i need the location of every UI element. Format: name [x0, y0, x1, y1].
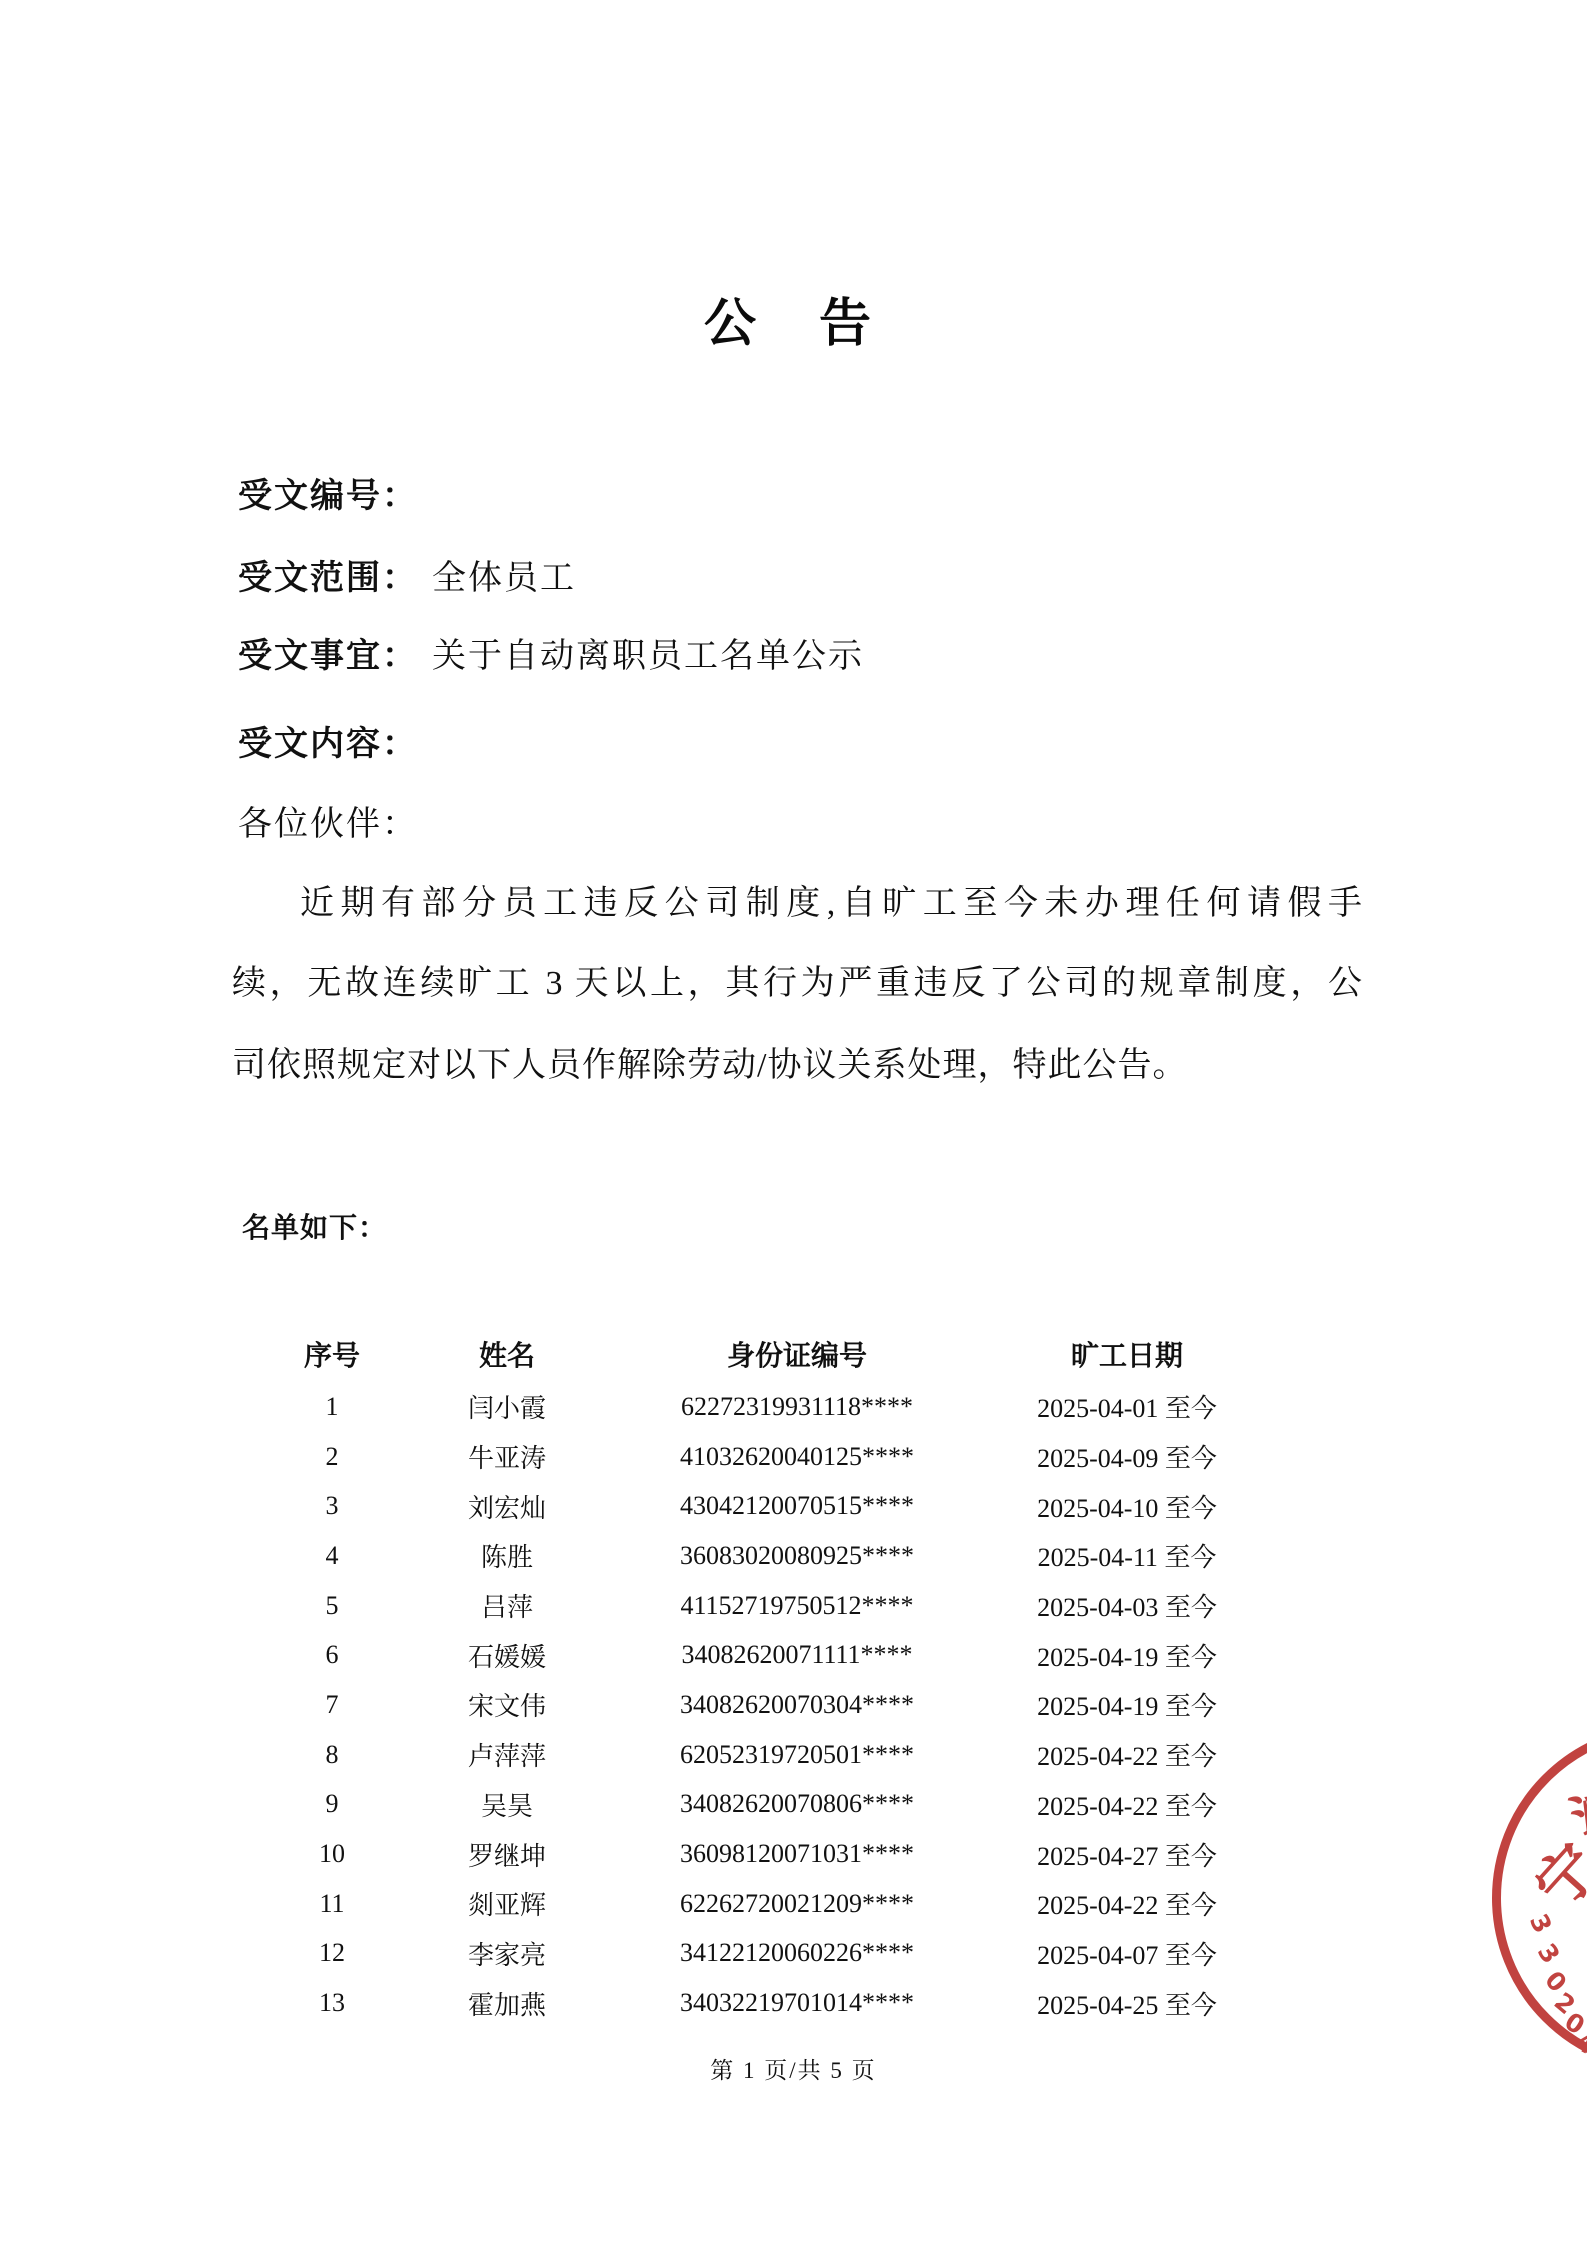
cell-id-number: 34082620070806**** — [632, 1789, 962, 1819]
cell-id-number: 34082620070304**** — [632, 1690, 962, 1720]
cell-absence-date: 2025-04-07 至今 — [962, 1935, 1292, 1972]
field-doc-scope: 受文范围：全体员工 — [238, 550, 576, 599]
cell-id-number: 36098120071031**** — [632, 1839, 962, 1869]
cell-absence-date: 2025-04-03 至今 — [962, 1587, 1292, 1624]
table-row: 13 霍加燕 34032219701014**** 2025-04-25 至今 — [282, 1978, 1292, 2028]
cell-id-number: 62262720021209**** — [632, 1889, 962, 1919]
field-doc-scope-value: 全体员工 — [432, 560, 576, 597]
cell-absence-date: 2025-04-25 至今 — [962, 1985, 1292, 2022]
cell-name: 刘宏灿 — [382, 1488, 632, 1525]
cell-id-number: 41032620040125**** — [632, 1442, 962, 1472]
cell-name: 吕萍 — [382, 1587, 632, 1624]
cell-id-number: 34082620071111**** — [632, 1640, 962, 1670]
cell-name: 李家亮 — [382, 1935, 632, 1972]
cell-name: 闫小霞 — [382, 1388, 632, 1425]
cell-id-number: 34122120060226**** — [632, 1938, 962, 1968]
cell-absence-date: 2025-04-22 至今 — [962, 1736, 1292, 1773]
field-doc-number-label: 受文编号： — [238, 478, 418, 515]
page-title: 公 告 — [0, 281, 1587, 356]
field-doc-subject: 受文事宜：关于自动离职员工名单公示 — [238, 628, 864, 677]
cell-absence-date: 2025-04-09 至今 — [962, 1438, 1292, 1475]
cell-index: 9 — [282, 1789, 382, 1819]
table-header-row: 序号 姓名 身份证编号 旷工日期 — [282, 1326, 1292, 1382]
table-row: 7 宋文伟 34082620070304**** 2025-04-19 至今 — [282, 1680, 1292, 1730]
cell-name: 剡亚辉 — [382, 1885, 632, 1922]
table-row: 8 卢萍萍 62052319720501**** 2025-04-22 至今 — [282, 1730, 1292, 1780]
cell-absence-date: 2025-04-27 至今 — [962, 1836, 1292, 1873]
field-doc-number: 受文编号： — [238, 468, 432, 517]
announcement-page: { "document": { "title": "公 告", "fields"… — [0, 0, 1587, 2245]
cell-absence-date: 2025-04-01 至今 — [962, 1388, 1292, 1425]
table-row: 12 李家亮 34122120060226**** 2025-04-07 至今 — [282, 1929, 1292, 1979]
body-paragraph-line-2: 续，无故连续旷工 3 天以上，其行为严重违反了公司的规章制度，公 — [232, 964, 1362, 1004]
employee-roster-table: 序号 姓名 身份证编号 旷工日期 1 闫小霞 62272319931118***… — [282, 1326, 1292, 2028]
cell-absence-date: 2025-04-11 至今 — [962, 1537, 1292, 1574]
field-doc-content: 受文内容： — [238, 716, 432, 765]
cell-index: 3 — [282, 1491, 382, 1521]
header-id-number: 身份证编号 — [632, 1334, 962, 1374]
field-doc-subject-label: 受文事宜： — [238, 638, 418, 675]
cell-index: 8 — [282, 1740, 382, 1770]
cell-name: 陈胜 — [382, 1537, 632, 1574]
header-name: 姓名 — [382, 1334, 632, 1374]
cell-absence-date: 2025-04-19 至今 — [962, 1637, 1292, 1674]
cell-id-number: 62052319720501**** — [632, 1740, 962, 1770]
page-number-footer: 第 1 页/共 5 页 — [0, 2052, 1587, 2085]
cell-id-number: 43042120070515**** — [632, 1491, 962, 1521]
field-doc-subject-value: 关于自动离职员工名单公示 — [432, 638, 864, 675]
table-row: 10 罗继坤 36098120071031**** 2025-04-27 至今 — [282, 1829, 1292, 1879]
table-row: 6 石媛媛 34082620071111**** 2025-04-19 至今 — [282, 1630, 1292, 1680]
table-row: 3 刘宏灿 43042120070515**** 2025-04-10 至今 — [282, 1481, 1292, 1531]
cell-index: 4 — [282, 1541, 382, 1571]
table-row: 5 吕萍 41152719750512**** 2025-04-03 至今 — [282, 1581, 1292, 1631]
cell-index: 2 — [282, 1442, 382, 1472]
cell-name: 石媛媛 — [382, 1637, 632, 1674]
cell-index: 7 — [282, 1690, 382, 1720]
cell-name: 霍加燕 — [382, 1985, 632, 2022]
cell-index: 10 — [282, 1839, 382, 1869]
cell-index: 5 — [282, 1591, 382, 1621]
cell-index: 6 — [282, 1640, 382, 1670]
list-intro: 名单如下： — [242, 1206, 387, 1246]
cell-id-number: 41152719750512**** — [632, 1591, 962, 1621]
cell-id-number: 62272319931118**** — [632, 1392, 962, 1422]
cell-index: 13 — [282, 1988, 382, 2018]
table-row: 11 剡亚辉 62262720021209**** 2025-04-22 至今 — [282, 1879, 1292, 1929]
company-seal-stamp: 宁 波 3 3 0 2 0 4 0 — [1480, 1695, 1587, 2115]
cell-absence-date: 2025-04-22 至今 — [962, 1885, 1292, 1922]
cell-id-number: 36083020080925**** — [632, 1541, 962, 1571]
table-row: 4 陈胜 36083020080925**** 2025-04-11 至今 — [282, 1531, 1292, 1581]
cell-name: 罗继坤 — [382, 1836, 632, 1873]
cell-index: 12 — [282, 1938, 382, 1968]
cell-absence-date: 2025-04-10 至今 — [962, 1488, 1292, 1525]
cell-absence-date: 2025-04-22 至今 — [962, 1786, 1292, 1823]
cell-name: 牛亚涛 — [382, 1438, 632, 1475]
header-absence-date: 旷工日期 — [962, 1334, 1292, 1374]
table-row: 1 闫小霞 62272319931118**** 2025-04-01 至今 — [282, 1382, 1292, 1432]
cell-name: 宋文伟 — [382, 1686, 632, 1723]
body-paragraph-line-1: 近期有部分员工违反公司制度,自旷工至今未办理任何请假手 — [232, 884, 1362, 924]
cell-name: 吴昊 — [382, 1786, 632, 1823]
salutation: 各位伙伴： — [238, 796, 418, 845]
header-index: 序号 — [282, 1334, 382, 1374]
table-row: 9 吴昊 34082620070806**** 2025-04-22 至今 — [282, 1780, 1292, 1830]
cell-index: 11 — [282, 1889, 382, 1919]
cell-absence-date: 2025-04-19 至今 — [962, 1686, 1292, 1723]
cell-index: 1 — [282, 1392, 382, 1422]
cell-id-number: 34032219701014**** — [632, 1988, 962, 2018]
field-doc-scope-label: 受文范围： — [238, 560, 418, 597]
field-doc-content-label: 受文内容： — [238, 726, 418, 763]
body-paragraph-line-3: 司依照规定对以下人员作解除劳动/协议关系处理，特此公告。 — [232, 1046, 1362, 1086]
cell-name: 卢萍萍 — [382, 1736, 632, 1773]
table-row: 2 牛亚涛 41032620040125**** 2025-04-09 至今 — [282, 1432, 1292, 1482]
